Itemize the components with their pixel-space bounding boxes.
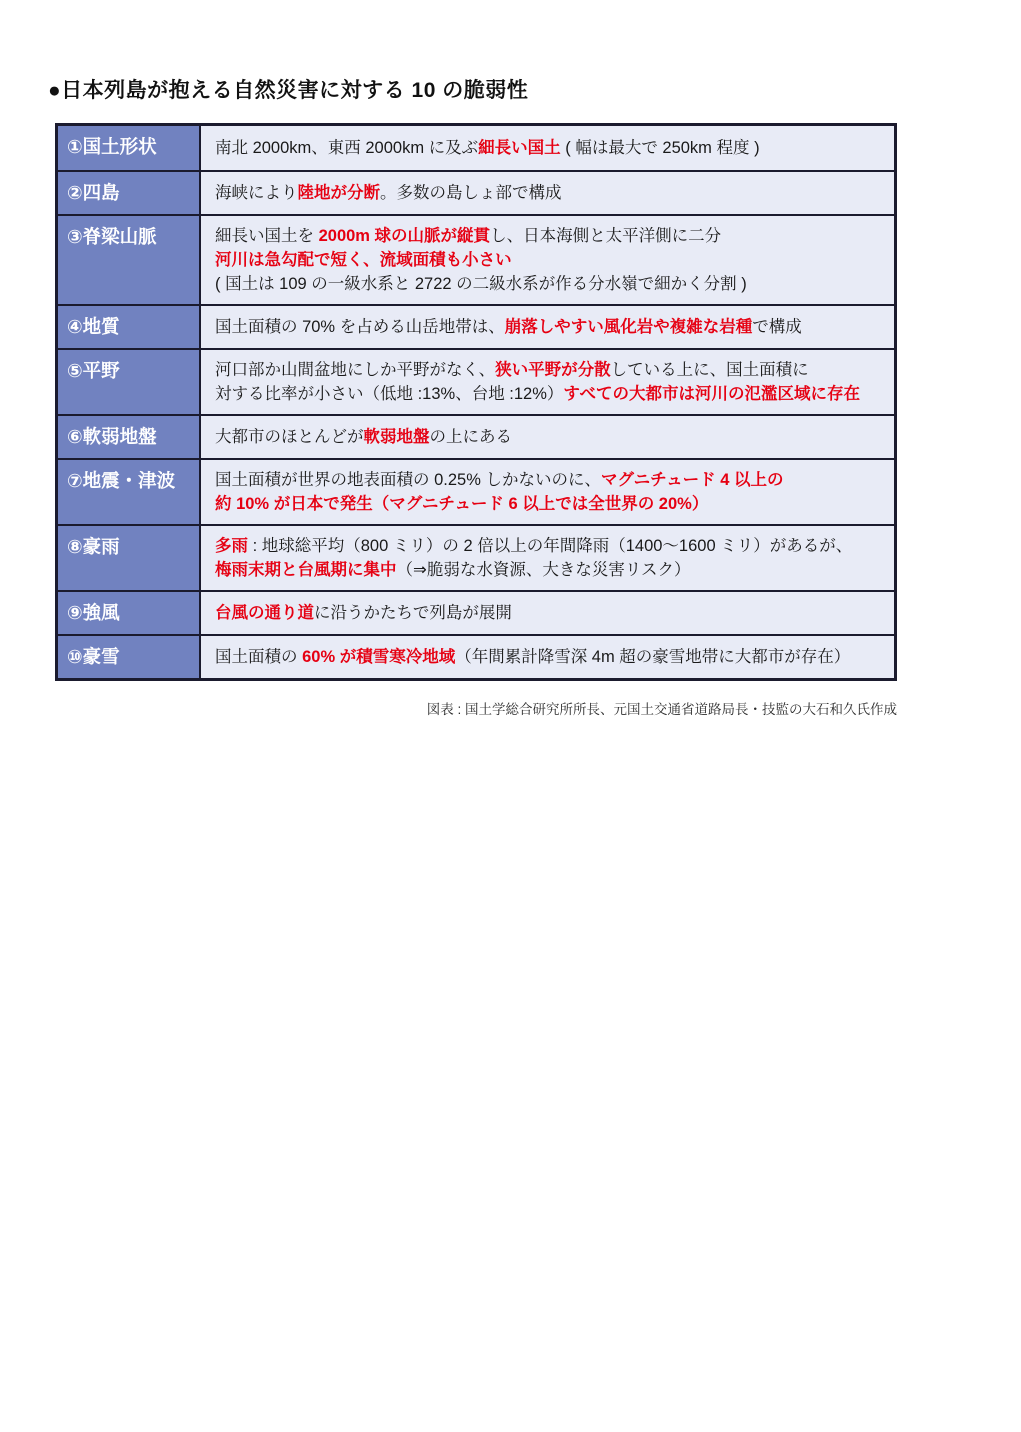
- table-row: ①国土形状南北 2000km、東西 2000km に及ぶ細長い国土 ( 幅は最大…: [58, 126, 894, 170]
- text-segment: し、日本海側と太平洋側に二分: [490, 227, 721, 245]
- text-segment: 南北 2000km、東西 2000km に及ぶ: [215, 139, 478, 157]
- content-line: 国土面積が世界の地表面積の 0.25% しかないのに、マグニチュード 4 以上の: [215, 468, 884, 492]
- text-segment: 海峡により: [215, 184, 298, 202]
- text-segment: に沿うかたちで列島が展開: [314, 604, 512, 622]
- content-line: 大都市のほとんどが軟弱地盤の上にある: [215, 425, 884, 449]
- table-row: ③脊梁山脈細長い国土を 2000m 球の山脈が縦貫し、日本海側と太平洋側に二分河…: [58, 214, 894, 304]
- text-segment: 河川は急勾配で短く、流域面積も小さい: [215, 251, 512, 269]
- document-page: ●日本列島が抱える自然災害に対する 10 の脆弱性 ①国土形状南北 2000km…: [0, 0, 1021, 1432]
- text-segment: マグニチュード 4 以上の: [601, 471, 784, 489]
- content-line: 国土面積の 60% が積雪寒冷地域（年間累計降雪深 4m 超の豪雪地帯に大都市が…: [215, 645, 884, 669]
- text-segment: 狭い平野が分散: [495, 361, 611, 379]
- text-segment: の上にある: [430, 428, 513, 446]
- table-row: ⑥軟弱地盤大都市のほとんどが軟弱地盤の上にある: [58, 414, 894, 458]
- text-segment: （⇒脆弱な水資源、大きな災害リスク）: [397, 561, 691, 579]
- page-title: ●日本列島が抱える自然災害に対する 10 の脆弱性: [48, 74, 1021, 104]
- table-row: ⑤平野河口部か山間盆地にしか平野がなく、狭い平野が分散している上に、国土面積に対…: [58, 348, 894, 414]
- text-segment: 崩落しやすい風化岩や複雑な岩種: [505, 318, 753, 336]
- content-line: 河川は急勾配で短く、流域面積も小さい: [215, 248, 884, 272]
- table-row: ⑩豪雪国土面積の 60% が積雪寒冷地域（年間累計降雪深 4m 超の豪雪地帯に大…: [58, 634, 894, 678]
- row-content: 台風の通り道に沿うかたちで列島が展開: [201, 592, 894, 634]
- vulnerability-table: ①国土形状南北 2000km、東西 2000km に及ぶ細長い国土 ( 幅は最大…: [55, 123, 897, 681]
- text-segment: : 地球総平均（800 ミリ）の 2 倍以上の年間降雨（1400〜1600 ミリ…: [248, 537, 852, 555]
- content-line: 梅雨末期と台風期に集中（⇒脆弱な水資源、大きな災害リスク）: [215, 558, 884, 582]
- row-content: 海峡により陸地が分断。多数の島しょ部で構成: [201, 172, 894, 214]
- content-line: 細長い国土を 2000m 球の山脈が縦貫し、日本海側と太平洋側に二分: [215, 224, 884, 248]
- table-row: ②四島海峡により陸地が分断。多数の島しょ部で構成: [58, 170, 894, 214]
- row-label: ②四島: [58, 172, 201, 214]
- table-row: ⑦地震・津波国土面積が世界の地表面積の 0.25% しかないのに、マグニチュード…: [58, 458, 894, 524]
- text-segment: 細長い国土を: [215, 227, 319, 245]
- row-label: ①国土形状: [58, 126, 201, 170]
- text-segment: 河口部か山間盆地にしか平野がなく、: [215, 361, 495, 379]
- text-segment: 対する比率が小さい（低地 :13%、台地 :12%）: [215, 385, 563, 403]
- table-caption: 図表 : 国土学総合研究所所長、元国土交通省道路局長・技監の大石和久氏作成: [55, 698, 897, 718]
- text-segment: 2000m 球の山脈が縦貫: [319, 227, 490, 245]
- row-label: ⑨強風: [58, 592, 201, 634]
- text-segment: 軟弱地盤: [364, 428, 430, 446]
- row-label: ⑤平野: [58, 350, 201, 414]
- row-content: 大都市のほとんどが軟弱地盤の上にある: [201, 416, 894, 458]
- text-segment: ( 幅は最大で 250km 程度 ): [561, 139, 760, 157]
- text-segment: 陸地が分断: [298, 184, 381, 202]
- content-line: 多雨 : 地球総平均（800 ミリ）の 2 倍以上の年間降雨（1400〜1600…: [215, 534, 884, 558]
- content-line: ( 国土は 109 の一級水系と 2722 の二級水系が作る分水嶺で細かく分割 …: [215, 272, 884, 296]
- row-label: ⑩豪雪: [58, 636, 201, 678]
- content-line: 国土面積の 70% を占める山岳地帯は、崩落しやすい風化岩や複雑な岩種で構成: [215, 315, 884, 339]
- text-segment: 細長い国土: [478, 139, 561, 157]
- text-segment: （年間累計降雪深 4m 超の豪雪地帯に大都市が存在）: [455, 648, 850, 666]
- content-line: 河口部か山間盆地にしか平野がなく、狭い平野が分散している上に、国土面積に: [215, 358, 884, 382]
- content-line: 対する比率が小さい（低地 :13%、台地 :12%）すべての大都市は河川の氾濫区…: [215, 382, 884, 406]
- content-line: 南北 2000km、東西 2000km に及ぶ細長い国土 ( 幅は最大で 250…: [215, 136, 884, 160]
- row-label: ⑦地震・津波: [58, 460, 201, 524]
- row-label: ④地質: [58, 306, 201, 348]
- text-segment: 60% が積雪寒冷地域: [302, 648, 455, 666]
- row-label: ⑧豪雨: [58, 526, 201, 590]
- text-segment: 多雨: [215, 537, 248, 555]
- content-line: 台風の通り道に沿うかたちで列島が展開: [215, 601, 884, 625]
- text-segment: している上に、国土面積に: [611, 361, 809, 379]
- text-segment: ( 国土は 109 の一級水系と 2722 の二級水系が作る分水嶺で細かく分割 …: [215, 275, 747, 293]
- table-row: ⑨強風台風の通り道に沿うかたちで列島が展開: [58, 590, 894, 634]
- text-segment: 国土面積の: [215, 648, 302, 666]
- text-segment: 梅雨末期と台風期に集中: [215, 561, 397, 579]
- text-segment: 国土面積の 70% を占める山岳地帯は、: [215, 318, 505, 336]
- text-segment: すべての大都市は河川の氾濫区域に存在: [563, 385, 860, 403]
- content-line: 海峡により陸地が分断。多数の島しょ部で構成: [215, 181, 884, 205]
- row-content: 国土面積の 60% が積雪寒冷地域（年間累計降雪深 4m 超の豪雪地帯に大都市が…: [201, 636, 894, 678]
- row-content: 河口部か山間盆地にしか平野がなく、狭い平野が分散している上に、国土面積に対する比…: [201, 350, 894, 414]
- content-line: 約 10% が日本で発生（マグニチュード 6 以上では全世界の 20%）: [215, 492, 884, 516]
- row-content: 多雨 : 地球総平均（800 ミリ）の 2 倍以上の年間降雨（1400〜1600…: [201, 526, 894, 590]
- row-content: 南北 2000km、東西 2000km に及ぶ細長い国土 ( 幅は最大で 250…: [201, 126, 894, 170]
- row-content: 国土面積の 70% を占める山岳地帯は、崩落しやすい風化岩や複雑な岩種で構成: [201, 306, 894, 348]
- table-row: ④地質国土面積の 70% を占める山岳地帯は、崩落しやすい風化岩や複雑な岩種で構…: [58, 304, 894, 348]
- row-label: ③脊梁山脈: [58, 216, 201, 304]
- row-label: ⑥軟弱地盤: [58, 416, 201, 458]
- text-segment: 台風の通り道: [215, 604, 314, 622]
- row-content: 細長い国土を 2000m 球の山脈が縦貫し、日本海側と太平洋側に二分河川は急勾配…: [201, 216, 894, 304]
- text-segment: 約 10% が日本で発生（マグニチュード 6 以上では全世界の 20%）: [215, 495, 708, 513]
- text-segment: 。多数の島しょ部で構成: [380, 184, 562, 202]
- row-content: 国土面積が世界の地表面積の 0.25% しかないのに、マグニチュード 4 以上の…: [201, 460, 894, 524]
- table-row: ⑧豪雨多雨 : 地球総平均（800 ミリ）の 2 倍以上の年間降雨（1400〜1…: [58, 524, 894, 590]
- text-segment: 国土面積が世界の地表面積の 0.25% しかないのに、: [215, 471, 601, 489]
- text-segment: 大都市のほとんどが: [215, 428, 364, 446]
- text-segment: で構成: [752, 318, 802, 336]
